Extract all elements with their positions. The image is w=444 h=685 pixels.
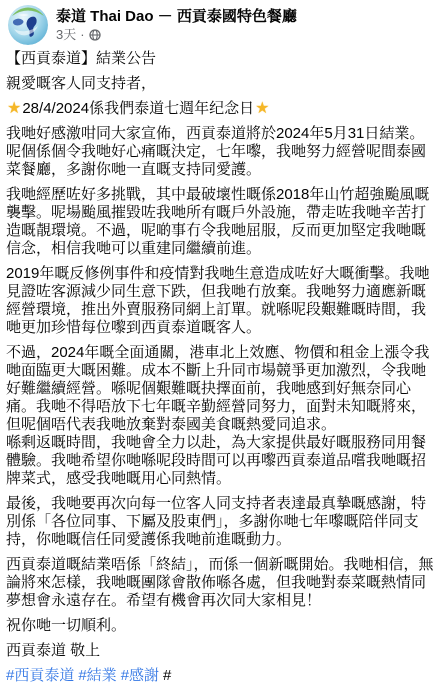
post-paragraph: 我哋好感激咁同大家宣佈，西貢泰道將於2024年5月31日結業。呢個係個令我哋好心…	[6, 125, 438, 179]
post-paragraph: 喺剩返嘅時間，我哋會全力以赴，為大家提供最好嘅服務同用餐體驗。我哋希望你哋喺呢段…	[6, 434, 438, 488]
hashtag-link[interactable]: #結業	[78, 667, 116, 684]
page-name-link[interactable]: 泰道 Thai Dao － 西貢泰國特色餐廳	[56, 7, 297, 26]
post-timestamp[interactable]: 3天	[56, 27, 76, 43]
post-paragraph: 2019年嘅反修例事件和疫情對我哋生意造成咗好大嘅衝擊。我哋見證咗客源減少同生意…	[6, 265, 438, 337]
star-icon: ★	[254, 100, 270, 117]
star-icon: ★	[6, 100, 22, 117]
closing-wish: 祝你哋一切順利。	[6, 617, 438, 635]
post-meta: 3天 ·	[56, 27, 297, 43]
post-content: 【西貢泰道】結業公告 親愛嘅客人同支持者， ★28/4/2024係我們泰道七週年…	[0, 47, 444, 685]
meta-dot-separator: ·	[80, 27, 84, 43]
facebook-post: 泰道 Thai Dao － 西貢泰國特色餐廳 3天 · 【西貢泰道】結業公告 親…	[0, 0, 444, 685]
page-avatar[interactable]	[8, 5, 48, 45]
hashtag-trailing: #	[163, 667, 171, 684]
post-title-line: 【西貢泰道】結業公告	[6, 50, 438, 68]
signature: 西貢泰道 敬上	[6, 642, 438, 660]
post-paragraph: 我哋經歷咗好多挑戰，其中最破壞性嘅係2018年山竹超強颱風嘅襲擊。呢場颱風摧毀咗…	[6, 186, 438, 258]
hashtag-link[interactable]: #感謝	[121, 667, 159, 684]
post-header: 泰道 Thai Dao － 西貢泰國特色餐廳 3天 ·	[0, 0, 444, 47]
post-greeting: 親愛嘅客人同支持者，	[6, 75, 438, 93]
post-paragraph: 西貢泰道嘅結業唔係「終結」，而係一個新嘅開始。我哋相信，無論將來怎樣，我哋嘅團隊…	[6, 556, 438, 610]
globe-logo-icon	[8, 5, 48, 45]
hashtag-line: #西貢泰道#結業#感謝#	[6, 667, 438, 685]
hashtag-link[interactable]: #西貢泰道	[6, 667, 74, 684]
post-paragraph: 不過，2024年嘅全面通關，港車北上效應、物價和租金上漲令我哋面臨更大嘅困難。成…	[6, 344, 438, 434]
anniversary-text: 28/4/2024係我們泰道七週年纪念日	[22, 100, 254, 117]
post-paragraph: 最後，我哋要再次向每一位客人同支持者表達最真摯嘅感謝，特別係「各位同事、下屬及股…	[6, 495, 438, 549]
public-audience-globe-icon	[89, 29, 101, 41]
anniversary-line: ★28/4/2024係我們泰道七週年纪念日★	[6, 100, 438, 118]
post-header-text: 泰道 Thai Dao － 西貢泰國特色餐廳 3天 ·	[56, 5, 297, 43]
